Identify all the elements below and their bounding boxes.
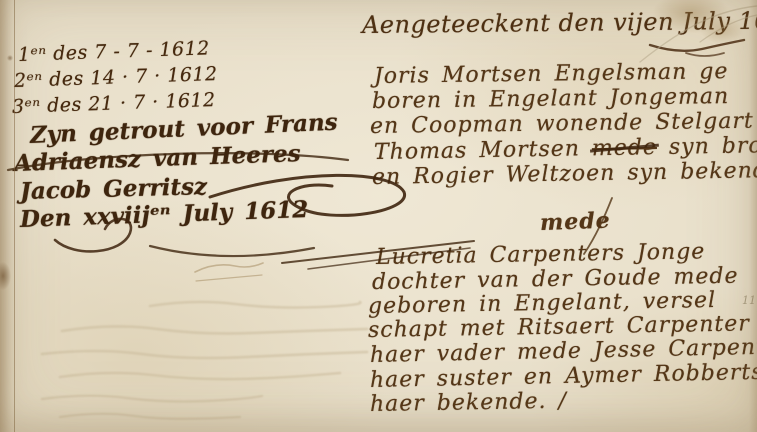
groom-line4-before: Thomas Mortsen	[374, 136, 592, 165]
banns-date-line-1: 1ᵉⁿ des 7 - 7 - 1612	[18, 37, 211, 66]
struck-word: mede	[592, 135, 657, 161]
connector-word-mede: mede	[540, 208, 612, 236]
groom-line4-after: syn broeder	[657, 132, 757, 160]
bride-entry-line-7: haer bekende. /	[370, 389, 567, 417]
page-left-edge-shadow	[0, 0, 15, 432]
manuscript-page: Aengeteeckent den vijen July 1612 1ᵉⁿ de…	[0, 0, 757, 432]
ink-bleedthrough-lines	[42, 302, 367, 419]
ink-spot-left-edge	[0, 262, 11, 290]
flourish-underline-1612	[650, 40, 744, 56]
header-registration-date: Aengeteeckent den vijen July 1612	[362, 6, 757, 39]
faint-nota-mark	[195, 263, 263, 281]
ink-speck-top-left	[7, 55, 13, 61]
banns-date-line-3: 3ᵉⁿ des 21 · 7 · 1612	[12, 89, 216, 118]
pencil-folio-number: 11	[742, 294, 756, 307]
banns-date-line-2: 2ᵉⁿ des 14 · 7 · 1612	[14, 63, 218, 92]
